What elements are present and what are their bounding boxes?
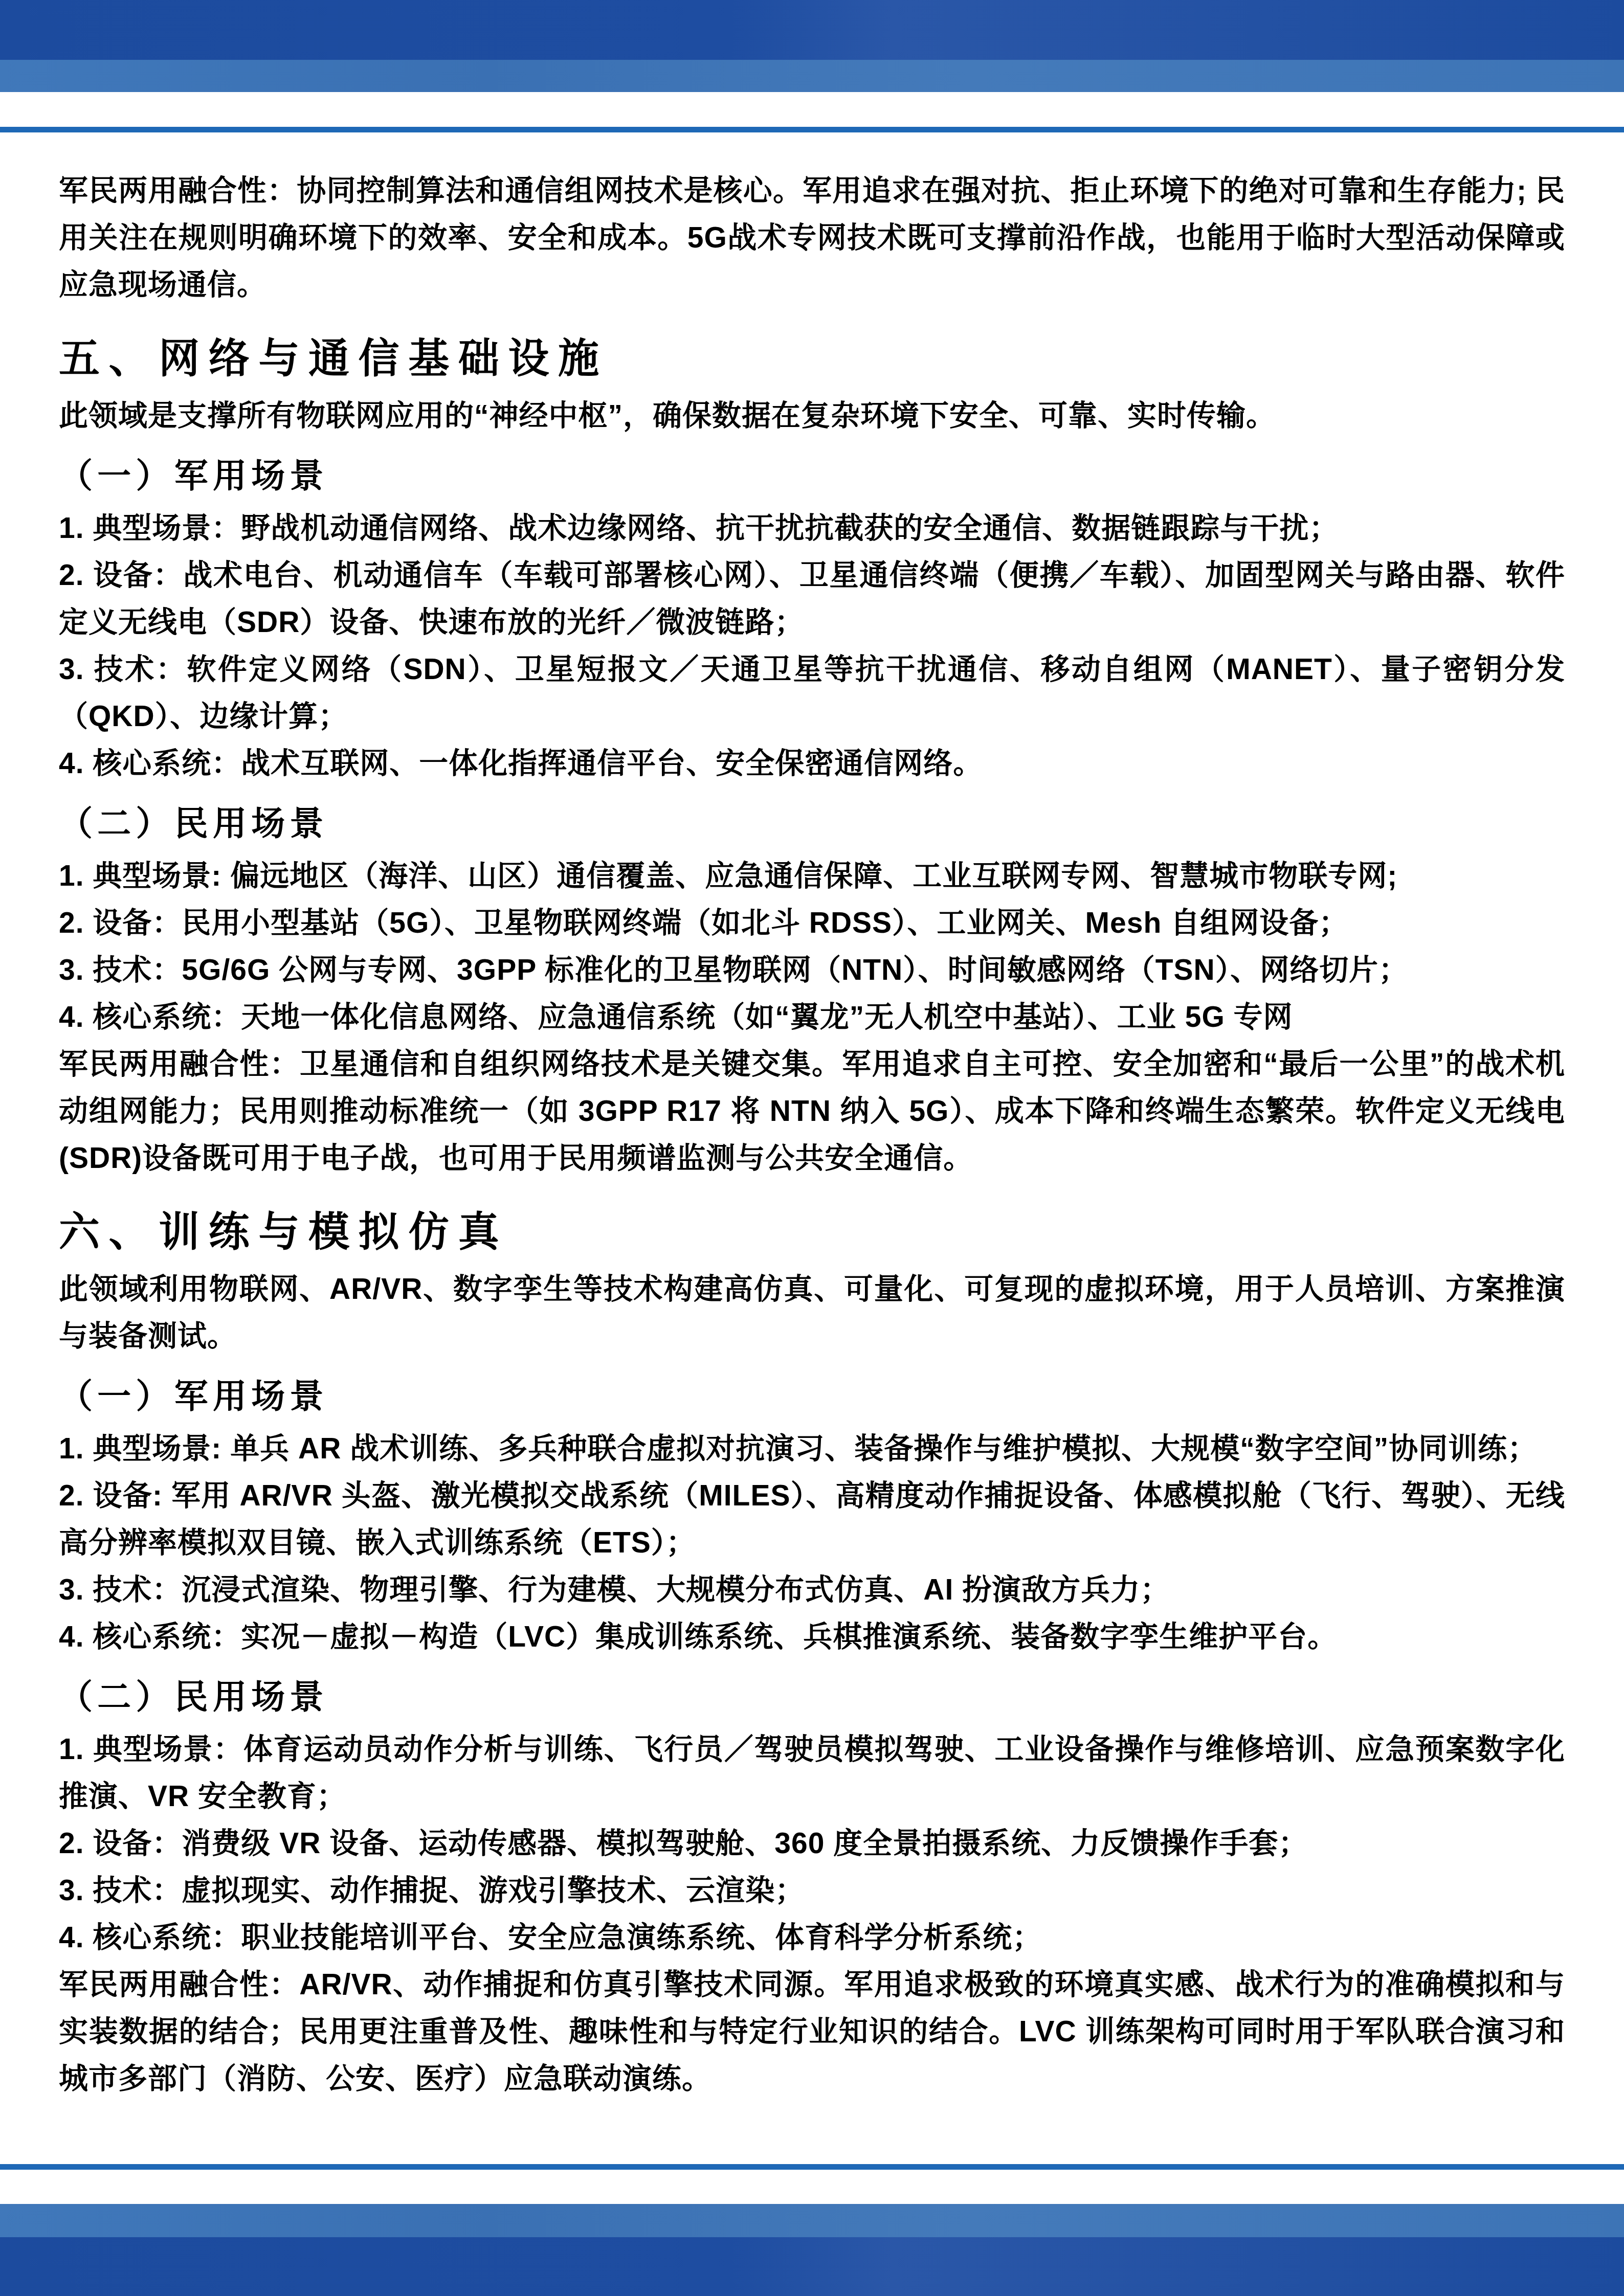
header-rule — [0, 127, 1624, 132]
footer-bar-light — [0, 2204, 1624, 2237]
list-item: 2. 设备：民用小型基站（5G）、卫星物联网终端（如北斗 RDSS）、工业网关、… — [59, 899, 1565, 947]
list-item: 2. 设备: 军用 AR/VR 头盔、激光模拟交战系统（MILES）、高精度动作… — [59, 1472, 1565, 1566]
section-6-fusion-paragraph: 军民两用融合性：AR/VR、动作捕捉和仿真引擎技术同源。军用追求极致的环境真实感… — [59, 1961, 1565, 2102]
list-item: 4. 核心系统：战术互联网、一体化指挥通信平台、安全保密通信网络。 — [59, 740, 1565, 787]
list-item: 3. 技术：虚拟现实、动作捕捉、游戏引擎技术、云渲染； — [59, 1867, 1565, 1914]
list-item: 4. 核心系统：天地一体化信息网络、应急通信系统（如“翼龙”无人机空中基站）、工… — [59, 994, 1565, 1041]
list-item: 3. 技术：软件定义网络（SDN）、卫星短报文／天通卫星等抗干扰通信、移动自组网… — [59, 646, 1565, 740]
list-item: 1. 典型场景：野战机动通信网络、战术边缘网络、抗干扰抗截获的安全通信、数据链跟… — [59, 505, 1565, 552]
list-item: 3. 技术：5G/6G 公网与专网、3GPP 标准化的卫星物联网（NTN）、时间… — [59, 947, 1565, 994]
section-6-intro: 此领域利用物联网、AR/VR、数字孪生等技术构建高仿真、可量化、可复现的虚拟环境… — [59, 1266, 1565, 1360]
list-item: 4. 核心系统：实况－虚拟－构造（LVC）集成训练系统、兵棋推演系统、装备数字孪… — [59, 1613, 1565, 1660]
lead-paragraph: 军民两用融合性：协同控制算法和通信组网技术是核心。军用追求在强对抗、拒止环境下的… — [59, 167, 1565, 308]
header-bar-dark — [0, 0, 1624, 60]
section-6-military-title: （一）军用场景 — [59, 1374, 1565, 1418]
list-item: 3. 技术：沉浸式渲染、物理引擎、行为建模、大规模分布式仿真、AI 扮演敌方兵力… — [59, 1566, 1565, 1613]
section-5-title: 五、网络与通信基础设施 — [59, 332, 1565, 385]
section-6-title: 六、训练与模拟仿真 — [59, 1205, 1565, 1258]
footer-bar-dark — [0, 2237, 1624, 2296]
list-item: 4. 核心系统：职业技能培训平台、安全应急演练系统、体育科学分析系统； — [59, 1914, 1565, 1961]
list-item: 1. 典型场景：体育运动员动作分析与训练、飞行员／驾驶员模拟驾驶、工业设备操作与… — [59, 1726, 1565, 1820]
section-5-military-title: （一）军用场景 — [59, 454, 1565, 498]
list-item: 1. 典型场景: 偏远地区（海洋、山区）通信覆盖、应急通信保障、工业互联网专网、… — [59, 852, 1565, 899]
section-5-intro: 此领域是支撑所有物联网应用的“神经中枢”，确保数据在复杂环境下安全、可靠、实时传… — [59, 392, 1565, 439]
section-5-civilian-title: （二）民用场景 — [59, 801, 1565, 845]
header-bar-light — [0, 60, 1624, 92]
section-6-civilian-title: （二）民用场景 — [59, 1675, 1565, 1719]
document-content: 军民两用融合性：协同控制算法和通信组网技术是核心。军用追求在强对抗、拒止环境下的… — [0, 132, 1624, 2164]
section-5-fusion-paragraph: 军民两用融合性：卫星通信和自组织网络技术是关键交集。军用追求自主可控、安全加密和… — [59, 1041, 1565, 1182]
list-item: 2. 设备：消费级 VR 设备、运动传感器、模拟驾驶舱、360 度全景拍摄系统、… — [59, 1820, 1565, 1867]
document-page: 军民两用融合性：协同控制算法和通信组网技术是核心。军用追求在强对抗、拒止环境下的… — [0, 0, 1624, 2296]
footer-rule — [0, 2164, 1624, 2170]
list-item: 2. 设备：战术电台、机动通信车（车载可部署核心网）、卫星通信终端（便携／车载）… — [59, 552, 1565, 646]
list-item: 1. 典型场景: 单兵 AR 战术训练、多兵种联合虚拟对抗演习、装备操作与维护模… — [59, 1425, 1565, 1472]
